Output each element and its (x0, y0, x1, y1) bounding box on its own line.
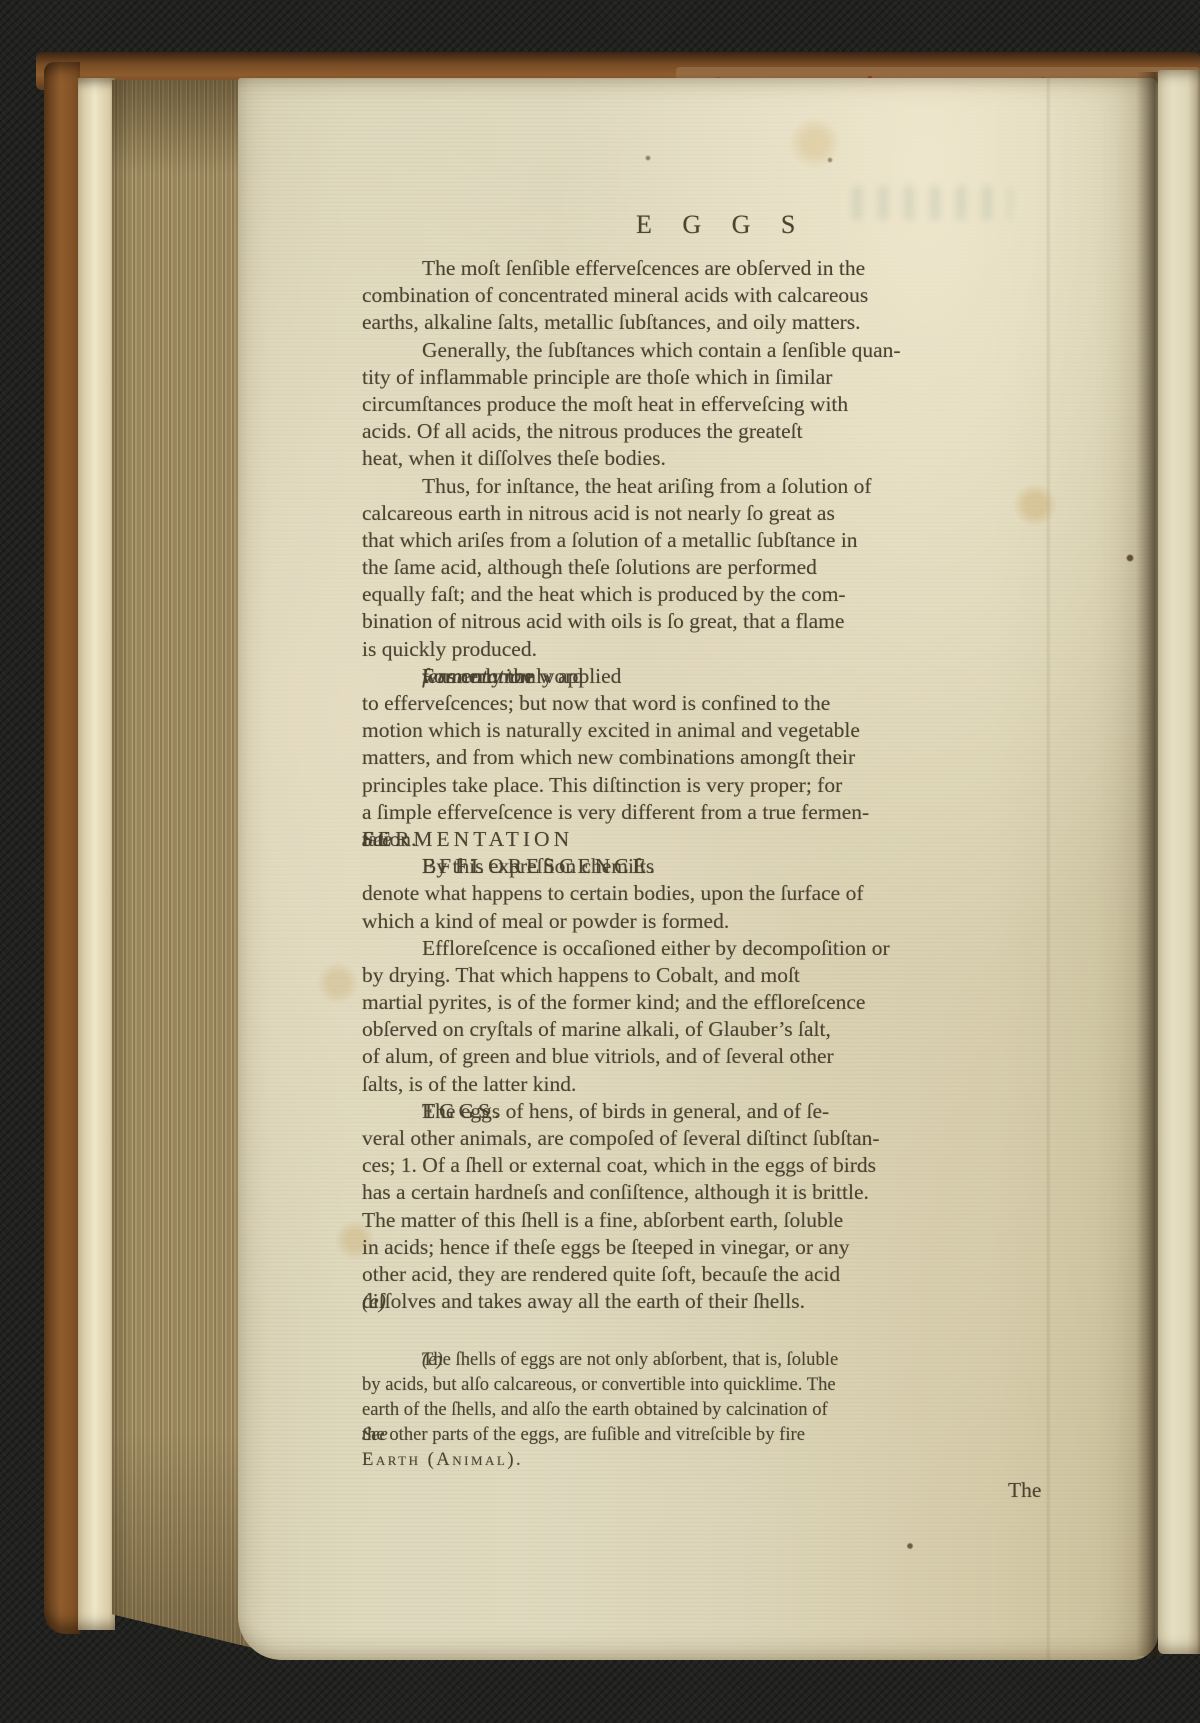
text-segment: The matter of this ſhell is a fine, abſo… (362, 1207, 843, 1234)
text-line: other acid, they are rendered quite ſoft… (362, 1261, 966, 1288)
text-line: Earth (Animal). (362, 1447, 972, 1472)
text-segment: veral other animals, are compoſed of ſev… (362, 1125, 880, 1152)
text-segment: circumſtances produce the moſt heat in e… (362, 391, 848, 418)
text-segment: By this expreſſion chemiſts (392, 853, 654, 880)
text-line: EGGS. The eggs of hens, of birds in gene… (362, 1098, 966, 1125)
caps-text: FERMENTATION (362, 826, 573, 853)
catchword: The (1008, 1478, 1041, 1503)
text-segment: tity of inflammable principle are thoſe … (362, 364, 832, 391)
text-segment: by acids, but alſo calcareous, or conver… (362, 1372, 836, 1397)
text-segment: Effloreſcence is occaſioned either by de… (392, 935, 890, 962)
text-segment: has a certain hardneſs and conſiſtence, … (362, 1179, 869, 1206)
text-line: martial pyrites, is of the former kind; … (362, 989, 966, 1016)
text-line: veral other animals, are compoſed of ſev… (362, 1125, 966, 1152)
text-line: bination of nitrous acid with oils is ſo… (362, 608, 966, 635)
text-line: The matter of this ſhell is a fine, abſo… (362, 1207, 966, 1234)
text-segment: The ſhells of eggs are not only abſorben… (392, 1347, 838, 1372)
text-line: denote what happens to certain bodies, u… (362, 880, 966, 907)
italic-text: (e) (362, 1288, 386, 1315)
text-line: Thus, for inſtance, the heat ariſing fro… (362, 473, 966, 500)
text-segment: Thus, for inſtance, the heat ariſing fro… (392, 473, 872, 500)
facing-page-edge (1158, 70, 1200, 1654)
text-segment: of alum, of green and blue vitriols, and… (362, 1043, 834, 1070)
text-segment: was commonly applied (392, 663, 621, 690)
showthrough-ghost (852, 186, 1012, 220)
text-segment: Generally, the ſubſtances which contain … (392, 337, 901, 364)
text-segment: equally faſt; and the heat which is prod… (362, 581, 846, 608)
text-line: of alum, of green and blue vitriols, and… (362, 1043, 966, 1070)
text-line: earth of the ſhells, and alſo the earth … (362, 1397, 972, 1422)
italic-text: See (362, 1422, 388, 1447)
text-line: heat, when it diſſolves theſe bodies. (362, 445, 966, 472)
text-line: in acids; hence if theſe eggs be ſteeped… (362, 1234, 966, 1261)
text-line: (e) The ſhells of eggs are not only abſo… (362, 1347, 972, 1372)
text-line: which a kind of meal or powder is formed… (362, 908, 966, 935)
text-line: diſſolves and takes away all the earth o… (362, 1288, 966, 1315)
text-segment: is quickly produced. (362, 636, 537, 663)
text-segment: ſalts, is of the latter kind. (362, 1071, 576, 1098)
text-segment: motion which is naturally excited in ani… (362, 717, 860, 744)
text-line: by drying. That which happens to Cobalt,… (362, 962, 966, 989)
text-line: that which ariſes from a ſolution of a m… (362, 527, 966, 554)
book-cover-spine-edge (44, 62, 80, 1634)
text-line: principles take place. This diſtinction … (362, 772, 966, 799)
text-segment: to efferveſcences; but now that word is … (362, 690, 830, 717)
text-line: the ſame acid, although theſe ſolutions … (362, 554, 966, 581)
text-segment: ces; 1. Of a ſhell or external coat, whi… (362, 1152, 876, 1179)
text-segment: in acids; hence if theſe eggs be ſteeped… (362, 1234, 849, 1261)
page-heading: E G G S (636, 210, 807, 240)
text-segment: combination of concentrated mineral acid… (362, 282, 868, 309)
text-line: acids. Of all acids, the nitrous produce… (362, 418, 966, 445)
text-line: ces; 1. Of a ſhell or external coat, whi… (362, 1152, 966, 1179)
text-segment: heat, when it diſſolves theſe bodies. (362, 445, 666, 472)
text-line: matters, and from which new combinations… (362, 744, 966, 771)
text-line: Effloreſcence is occaſioned either by de… (362, 935, 966, 962)
text-line: calcareous earth in nitrous acid is not … (362, 500, 966, 527)
text-segment: earths, alkaline ſalts, metallic ſubſtan… (362, 309, 861, 336)
text-segment: . (362, 826, 367, 853)
text-segment: by drying. That which happens to Cobalt,… (362, 962, 800, 989)
text-line: ſalts, is of the latter kind. (362, 1071, 966, 1098)
text-segment: acids. Of all acids, the nitrous produce… (362, 418, 803, 445)
text-segment: The eggs of hens, of birds in general, a… (392, 1098, 829, 1125)
text-line: Generally, the ſubſtances which contain … (362, 337, 966, 364)
text-segment: obſerved on cryſtals of marine alkali, o… (362, 1016, 831, 1043)
text-segment: denote what happens to certain bodies, u… (362, 880, 864, 907)
text-segment: that which ariſes from a ſolution of a m… (362, 527, 858, 554)
text-line: tation. See FERMENTATION. (362, 826, 966, 853)
text-line: by acids, but alſo calcareous, or conver… (362, 1372, 972, 1397)
footnote-text: (e) The ſhells of eggs are not only abſo… (362, 1347, 972, 1472)
text-line: motion which is naturally excited in ani… (362, 717, 966, 744)
text-line: combination of concentrated mineral acid… (362, 282, 966, 309)
text-segment: diſſolves and takes away all the earth o… (362, 1288, 805, 1315)
text-segment: bination of nitrous acid with oils is ſo… (362, 608, 844, 635)
body-text: The moſt ſenſible efferveſcences are obſ… (362, 255, 966, 1315)
text-line: circumſtances produce the moſt heat in e… (362, 391, 966, 418)
text-segment: martial pyrites, is of the former kind; … (362, 989, 865, 1016)
text-segment: earth of the ſhells, and alſo the earth … (362, 1397, 828, 1422)
text-segment: the other parts of the eggs, are fuſible… (362, 1422, 805, 1447)
text-line: obſerved on cryſtals of marine alkali, o… (362, 1016, 966, 1043)
text-line: equally faſt; and the heat which is prod… (362, 581, 966, 608)
endpaper-edge (78, 78, 115, 1630)
text-segment: the ſame acid, although theſe ſolutions … (362, 554, 817, 581)
text-line: tity of inflammable principle are thoſe … (362, 364, 966, 391)
text-line: EFFLORESCENCE. By this expreſſion chemiſ… (362, 853, 966, 880)
caps-text: Earth (Animal). (362, 1447, 523, 1472)
book-photograph: E G G S The moſt ſenſible efferveſcences… (0, 0, 1200, 1723)
text-line: has a certain hardneſs and conſiſtence, … (362, 1179, 966, 1206)
text-segment: which a kind of meal or powder is formed… (362, 908, 729, 935)
text-segment: principles take place. This diſtinction … (362, 772, 842, 799)
text-line: to efferveſcences; but now that word is … (362, 690, 966, 717)
text-line: Formerly the word fermentation was commo… (362, 663, 966, 690)
text-line: is quickly produced. (362, 636, 966, 663)
text-line: the other parts of the eggs, are fuſible… (362, 1422, 972, 1447)
text-segment: calcareous earth in nitrous acid is not … (362, 500, 835, 527)
text-line: The moſt ſenſible efferveſcences are obſ… (362, 255, 966, 282)
text-segment: The moſt ſenſible efferveſcences are obſ… (392, 255, 865, 282)
text-line: earths, alkaline ſalts, metallic ſubſtan… (362, 309, 966, 336)
text-segment: matters, and from which new combinations… (362, 744, 855, 771)
text-segment: a ſimple efferveſcence is very different… (362, 799, 869, 826)
text-line: a ſimple efferveſcence is very different… (362, 799, 966, 826)
text-segment: other acid, they are rendered quite ſoft… (362, 1261, 840, 1288)
